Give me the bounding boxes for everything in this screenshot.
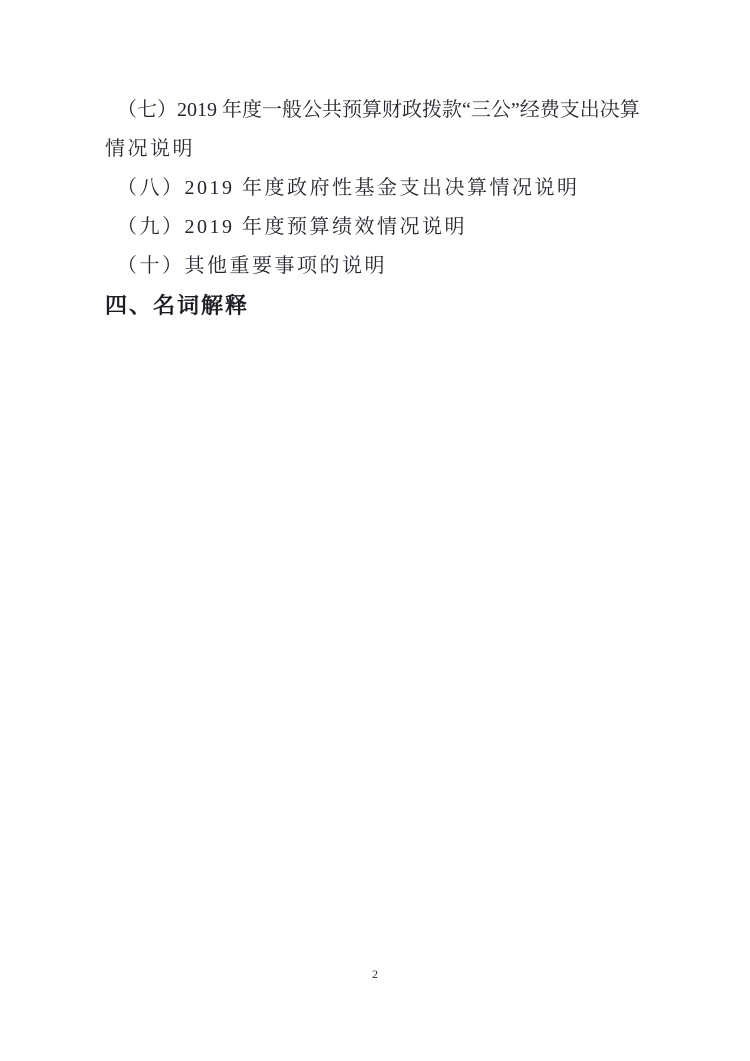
document-body: （七）2019 年度一般公共预算财政拨款“三公”经费支出决算 情况说明 （八）2… [105,91,665,326]
toc-item-eight: （八）2019 年度政府性基金支出决算情况说明 [105,169,665,208]
toc-item-seven-line2: 情况说明 [105,130,665,169]
toc-item-ten: （十）其他重要事项的说明 [105,247,665,286]
toc-item-nine: （九）2019 年度预算绩效情况说明 [105,208,665,247]
page-number: 2 [0,967,750,982]
section-heading: 四、名词解释 [105,286,665,326]
document-page: （七）2019 年度一般公共预算财政拨款“三公”经费支出决算 情况说明 （八）2… [0,0,750,1061]
toc-item-seven-line1: （七）2019 年度一般公共预算财政拨款“三公”经费支出决算 [105,91,665,130]
